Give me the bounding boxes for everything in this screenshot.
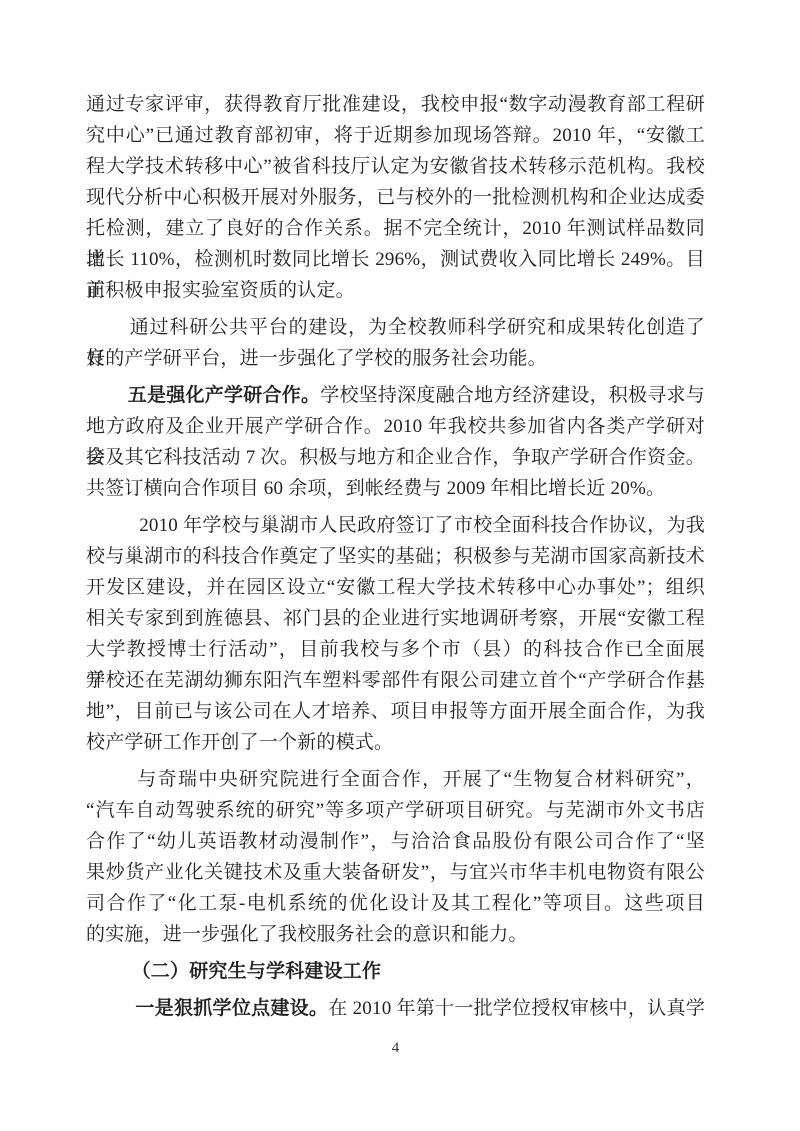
text-run: 会及其它科技活动 7 次。积极与地方和企业合作，争取产学研合作资金。 bbox=[86, 447, 705, 468]
bold-text-run: 一是狠抓学位点建设。 bbox=[135, 998, 328, 1019]
paragraph: 2010 年学校与巢湖市人民政府签订了市校全面科技合作协议，为我校与巢湖市的科技… bbox=[86, 510, 705, 758]
text-line: 果炒货产业化关键技术及重大装备研发”，与宜兴市华丰机电物资有限公 bbox=[86, 857, 705, 888]
text-line: “汽车自动驾驶系统的研究”等多项产学研项目研究。与芜湖市外文书店 bbox=[86, 795, 705, 826]
text-run: 的实施，进一步强化了我校服务社会的意识和能力。 bbox=[86, 924, 528, 945]
document-page: 通过专家评审，获得教育厅批准建设，我校申报“数字动漫教育部工程研究中心”已通过教… bbox=[0, 0, 800, 1131]
text-line: 现代分析中心积极开展对外服务，已与校外的一批检测机构和企业达成委 bbox=[86, 182, 705, 213]
text-run: 通过专家评审，获得教育厅批准建设，我校申报“数字动漫教育部工程研 bbox=[86, 94, 705, 115]
text-run: 现代分析中心积极开展对外服务，已与校外的一批检测机构和企业达成委 bbox=[86, 187, 705, 208]
text-run: 司合作了“化工泵-电机系统的优化设计及其工程化”等项目。这些项目 bbox=[86, 893, 705, 914]
text-line: 共签订横向合作项目 60 余项，到帐经费与 2009 年相比增长近 20%。 bbox=[86, 473, 705, 504]
text-line: 会及其它科技活动 7 次。积极与地方和企业合作，争取产学研合作资金。 bbox=[86, 442, 705, 473]
bold-text-run: 五是强化产学研合作。 bbox=[128, 385, 320, 406]
text-line: （二）研究生与学科建设工作 bbox=[86, 956, 705, 987]
document-body: 通过专家评审，获得教育厅批准建设，我校申报“数字动漫教育部工程研究中心”已通过教… bbox=[86, 89, 705, 1024]
text-line: 程大学技术转移中心”被省科技厅认定为安徽省技术转移示范机构。我校 bbox=[86, 151, 705, 182]
text-run: 究中心”已通过教育部初审，将于近期参加现场答辩。2010 年，“安徽工 bbox=[86, 125, 705, 146]
page-number: 4 bbox=[86, 1039, 705, 1057]
text-line: 司合作了“化工泵-电机系统的优化设计及其工程化”等项目。这些项目 bbox=[86, 888, 705, 919]
text-run: 共签订横向合作项目 60 余项，到帐经费与 2009 年相比增长近 20%。 bbox=[86, 478, 665, 499]
text-line: 通过专家评审，获得教育厅批准建设，我校申报“数字动漫教育部工程研 bbox=[86, 89, 705, 120]
text-line: 地”，目前已与该公司在人才培养、项目申报等方面开展全面合作，为我 bbox=[86, 696, 705, 727]
text-line: 开发区建设，并在园区设立“安徽工程大学技术转移中心办事处”；组织 bbox=[86, 572, 705, 603]
text-run: “汽车自动驾驶系统的研究”等多项产学研项目研究。与芜湖市外文书店 bbox=[86, 800, 705, 821]
text-line: 校与巢湖市的科技合作奠定了坚实的基础；积极参与芜湖市国家高新技术 bbox=[86, 541, 705, 572]
text-line: 究中心”已通过教育部初审，将于近期参加现场答辩。2010 年，“安徽工 bbox=[86, 120, 705, 151]
text-line: 通过科研公共平台的建设，为全校教师科学研究和成果转化创造了良 bbox=[86, 312, 705, 343]
paragraph: 一是狠抓学位点建设。在 2010 年第十一批学位授权审核中，认真学 bbox=[86, 993, 705, 1024]
text-run: 学校还在芜湖幼狮东阳汽车塑料零部件有限公司建立首个“产学研合作基 bbox=[86, 670, 705, 691]
text-line: 大学教授博士行活动”，目前我校与多个市（县）的科技合作已全面展开； bbox=[86, 634, 705, 665]
text-line: 2010 年学校与巢湖市人民政府签订了市校全面科技合作协议，为我 bbox=[86, 510, 705, 541]
text-run: 合作了“幼儿英语教材动漫制作”，与洽洽食品股份有限公司合作了“坚 bbox=[86, 831, 705, 852]
text-run: 程大学技术转移中心”被省科技厅认定为安徽省技术转移示范机构。我校 bbox=[86, 156, 705, 177]
text-line: 托检测，建立了良好的合作关系。据不完全统计，2010 年测试样品数同比 bbox=[86, 213, 705, 244]
text-line: 地方政府及企业开展产学研合作。2010 年我校共参加省内各类产学研对接 bbox=[86, 411, 705, 442]
text-line: 一是狠抓学位点建设。在 2010 年第十一批学位授权审核中，认真学 bbox=[86, 993, 705, 1024]
text-line: 与奇瑞中央研究院进行全面合作，开展了“生物复合材料研究”， bbox=[86, 764, 705, 795]
text-run: 学校坚持深度融合地方经济建设，积极寻求与 bbox=[320, 385, 705, 406]
paragraph: 通过专家评审，获得教育厅批准建设，我校申报“数字动漫教育部工程研究中心”已通过教… bbox=[86, 89, 705, 306]
text-line: 正积极申报实验室资质的认定。 bbox=[86, 275, 705, 306]
text-run: 在 2010 年第十一批学位授权审核中，认真学 bbox=[328, 998, 705, 1019]
text-run: 地”，目前已与该公司在人才培养、项目申报等方面开展全面合作，为我 bbox=[86, 701, 705, 722]
text-line: 五是强化产学研合作。学校坚持深度融合地方经济建设，积极寻求与 bbox=[86, 380, 705, 411]
text-line: 相关专家到到旌德县、祁门县的企业进行实地调研考察，开展“安徽工程 bbox=[86, 603, 705, 634]
paragraph: 与奇瑞中央研究院进行全面合作，开展了“生物复合材料研究”，“汽车自动驾驶系统的研… bbox=[86, 764, 705, 950]
text-line: 合作了“幼儿英语教材动漫制作”，与洽洽食品股份有限公司合作了“坚 bbox=[86, 826, 705, 857]
text-run: 2010 年学校与巢湖市人民政府签订了市校全面科技合作协议，为我 bbox=[139, 515, 705, 536]
text-line: 增长 110%，检测机时数同比增长 296%，测试费收入同比增长 249%。目前 bbox=[86, 244, 705, 275]
text-line: 的实施，进一步强化了我校服务社会的意识和能力。 bbox=[86, 919, 705, 950]
text-run: 好的产学研平台，进一步强化了学校的服务社会功能。 bbox=[86, 348, 547, 369]
text-run: 与奇瑞中央研究院进行全面合作，开展了“生物复合材料研究”， bbox=[137, 769, 705, 790]
paragraph: 通过科研公共平台的建设，为全校教师科学研究和成果转化创造了良好的产学研平台，进一… bbox=[86, 312, 705, 374]
text-run: 校与巢湖市的科技合作奠定了坚实的基础；积极参与芜湖市国家高新技术 bbox=[86, 546, 705, 567]
paragraph: （二）研究生与学科建设工作 bbox=[86, 956, 705, 987]
text-run: 相关专家到到旌德县、祁门县的企业进行实地调研考察，开展“安徽工程 bbox=[86, 608, 705, 629]
text-run: 果炒货产业化关键技术及重大装备研发”，与宜兴市华丰机电物资有限公 bbox=[86, 862, 705, 883]
text-run: 校产学研工作开创了一个新的模式。 bbox=[86, 732, 393, 753]
text-line: 好的产学研平台，进一步强化了学校的服务社会功能。 bbox=[86, 343, 705, 374]
text-run: 开发区建设，并在园区设立“安徽工程大学技术转移中心办事处”；组织 bbox=[86, 577, 705, 598]
bold-text-run: （二）研究生与学科建设工作 bbox=[132, 961, 382, 982]
text-line: 学校还在芜湖幼狮东阳汽车塑料零部件有限公司建立首个“产学研合作基 bbox=[86, 665, 705, 696]
text-run: 正积极申报实验室资质的认定。 bbox=[86, 280, 355, 301]
paragraph: 五是强化产学研合作。学校坚持深度融合地方经济建设，积极寻求与地方政府及企业开展产… bbox=[86, 380, 705, 504]
text-line: 校产学研工作开创了一个新的模式。 bbox=[86, 727, 705, 758]
